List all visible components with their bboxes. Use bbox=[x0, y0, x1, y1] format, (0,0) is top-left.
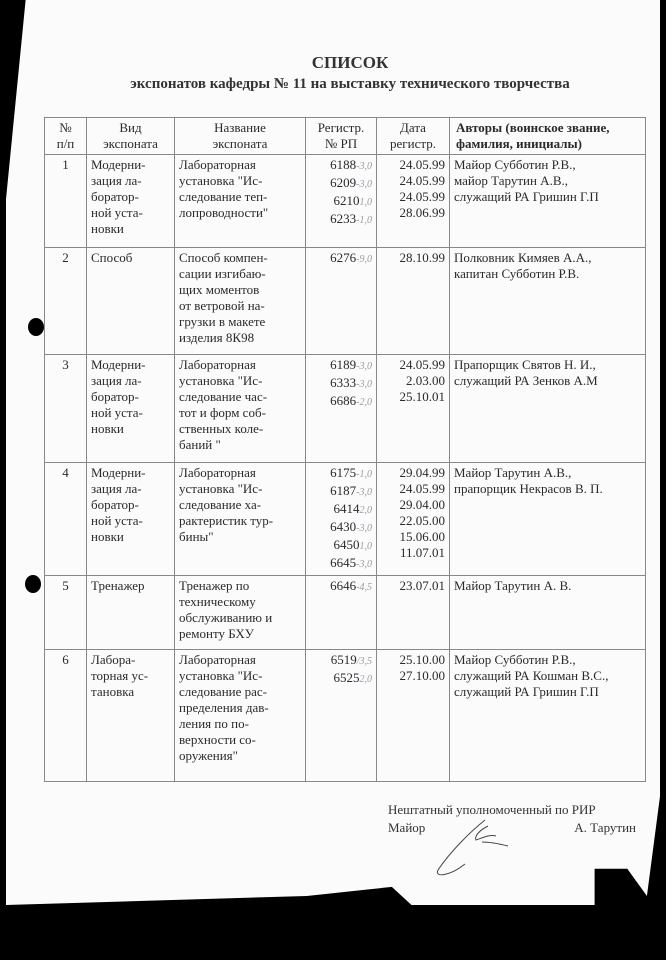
document-subtitle: экспонатов кафедры № 11 на выставку техн… bbox=[60, 76, 640, 93]
exhibit-type: Способ bbox=[87, 248, 175, 355]
handwritten-note: -3,0 bbox=[356, 559, 372, 570]
header-authors: Авторы (воинское звание,фамилия, инициал… bbox=[450, 118, 646, 155]
scan-edge-shadow bbox=[0, 920, 666, 960]
handwritten-note: 1,0 bbox=[360, 541, 373, 552]
handwritten-signature bbox=[430, 812, 530, 882]
registration-dates: 28.10.99 bbox=[377, 248, 450, 355]
header-number: №п/п bbox=[45, 118, 87, 155]
table-row: 6Лабора-торная ус-тановкаЛабораторнаяуст… bbox=[45, 650, 646, 782]
handwritten-note: -4,5 bbox=[356, 582, 372, 593]
authors: Прапорщик Святов Н. И.,служащий РА Зенко… bbox=[450, 355, 646, 463]
header-reg-date: Датарегистр. bbox=[377, 118, 450, 155]
signer-rank: Майор bbox=[388, 820, 425, 835]
handwritten-note: -3,0 bbox=[356, 379, 372, 390]
handwritten-note: -3,0 bbox=[356, 361, 372, 372]
exhibit-type: Тренажер bbox=[87, 576, 175, 650]
punch-hole bbox=[25, 575, 41, 593]
document-title: СПИСОК bbox=[60, 53, 640, 73]
header-type: Видэкспоната bbox=[87, 118, 175, 155]
authors: Майор Тарутин А. В. bbox=[450, 576, 646, 650]
registration-numbers: 6188-3,06209-3,062101,06233-1,0 bbox=[306, 155, 377, 248]
registration-numbers: 6189-3,06333-3,06686-2,0 bbox=[306, 355, 377, 463]
header-reg-number: Регистр.№ РП bbox=[306, 118, 377, 155]
table-row: 3Модерни-зация ла-боратор-ной уста-новки… bbox=[45, 355, 646, 463]
registration-dates: 23.07.01 bbox=[377, 576, 450, 650]
exhibit-name: Лабораторнаяустановка "Ис-следование теп… bbox=[175, 155, 306, 248]
registration-numbers: 6276-9,0 bbox=[306, 248, 377, 355]
row-number: 4 bbox=[45, 463, 87, 576]
punch-hole bbox=[28, 318, 44, 336]
row-number: 1 bbox=[45, 155, 87, 248]
exhibits-table: №п/п Видэкспоната Названиеэкспоната Реги… bbox=[44, 117, 646, 782]
exhibit-type: Модерни-зация ла-боратор-ной уста-новки bbox=[87, 463, 175, 576]
handwritten-note: -1,0 bbox=[356, 215, 372, 226]
handwritten-note: 2,0 bbox=[360, 505, 373, 516]
handwritten-note: -3,0 bbox=[356, 161, 372, 172]
table-header-row: №п/п Видэкспоната Названиеэкспоната Реги… bbox=[45, 118, 646, 155]
authors: Майор Тарутин А.В.,прапорщик Некрасов В.… bbox=[450, 463, 646, 576]
exhibit-type: Лабора-торная ус-тановка bbox=[87, 650, 175, 782]
table-row: 5ТренажерТренажер потехническомуобслужив… bbox=[45, 576, 646, 650]
exhibit-type: Модерни-зация ла-боратор-ной уста-новки bbox=[87, 355, 175, 463]
registration-numbers: 6519/3,565252,0 bbox=[306, 650, 377, 782]
row-number: 3 bbox=[45, 355, 87, 463]
table-row: 4Модерни-зация ла-боратор-ной уста-новки… bbox=[45, 463, 646, 576]
registration-numbers: 6646-4,5 bbox=[306, 576, 377, 650]
header-name: Названиеэкспоната bbox=[175, 118, 306, 155]
exhibit-name: Лабораторнаяустановка "Ис-следование ха-… bbox=[175, 463, 306, 576]
registration-dates: 24.05.992.03.0025.10.01 bbox=[377, 355, 450, 463]
registration-dates: 29.04.9924.05.9929.04.0022.05.0015.06.00… bbox=[377, 463, 450, 576]
handwritten-note: -9,0 bbox=[356, 254, 372, 265]
table-row: 2СпособСпособ компен-сации изгибаю-щих м… bbox=[45, 248, 646, 355]
handwritten-note: -1,0 bbox=[356, 469, 372, 480]
handwritten-note: -3,0 bbox=[356, 179, 372, 190]
handwritten-note: -3,0 bbox=[356, 523, 372, 534]
exhibit-name: Лабораторнаяустановка "Ис-следование час… bbox=[175, 355, 306, 463]
handwritten-note: -2,0 bbox=[356, 397, 372, 408]
authors: Майор Субботин Р.В.,служащий РА Кошман В… bbox=[450, 650, 646, 782]
exhibit-type: Модерни-зация ла-боратор-ной уста-новки bbox=[87, 155, 175, 248]
handwritten-note: 1,0 bbox=[360, 197, 373, 208]
row-number: 5 bbox=[45, 576, 87, 650]
handwritten-note: -3,0 bbox=[356, 487, 372, 498]
handwritten-note: 2,0 bbox=[360, 674, 373, 685]
registration-dates: 25.10.0027.10.00 bbox=[377, 650, 450, 782]
registration-dates: 24.05.9924.05.9924.05.9928.06.99 bbox=[377, 155, 450, 248]
exhibit-name: Способ компен-сации изгибаю-щих моментов… bbox=[175, 248, 306, 355]
table-row: 1Модерни-зация ла-боратор-ной уста-новки… bbox=[45, 155, 646, 248]
exhibit-name: Тренажер потехническомуобслуживанию ирем… bbox=[175, 576, 306, 650]
scan-edge-shadow bbox=[660, 0, 666, 960]
row-number: 6 bbox=[45, 650, 87, 782]
registration-numbers: 6175-1,06187-3,064142,06430-3,064501,066… bbox=[306, 463, 377, 576]
authors: Майор Субботин Р.В.,майор Тарутин А.В.,с… bbox=[450, 155, 646, 248]
signer-name: А. Тарутин bbox=[574, 820, 636, 836]
row-number: 2 bbox=[45, 248, 87, 355]
authors: Полковник Кимяев А.А.,капитан Субботин Р… bbox=[450, 248, 646, 355]
handwritten-note: /3,5 bbox=[357, 656, 372, 667]
exhibit-name: Лабораторнаяустановка "Ис-следование рас… bbox=[175, 650, 306, 782]
